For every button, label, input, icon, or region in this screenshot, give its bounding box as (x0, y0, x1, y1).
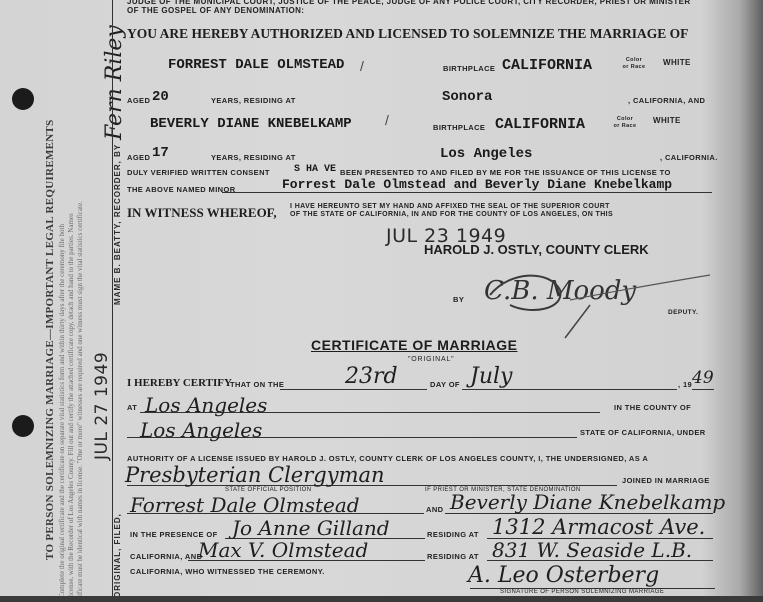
marriage-license-document: TO PERSON SOLEMNIZING MARRIAGE—IMPORTANT… (0, 0, 763, 602)
filed-date-stamp: JUL 27 1949 (92, 352, 112, 460)
month-underline (462, 389, 677, 390)
margin-instruction-1: Complete the original certificate and th… (58, 224, 66, 598)
groom-signed-name: Forrest Dale Olmstead (130, 493, 360, 517)
scan-bottom-edge (0, 596, 763, 602)
margin-instruction-2: license, with the Recorder of Los Angele… (67, 213, 75, 598)
groom-residence-suffix: , CALIFORNIA, AND (628, 96, 705, 105)
bride-color: WHITE (653, 116, 681, 125)
witness2-address: 831 W. Seaside L.B. (492, 538, 692, 562)
bride-residence: Los Angeles (440, 146, 532, 162)
minor-label: THE ABOVE NAMED MINOR (127, 185, 236, 194)
county-label: IN THE COUNTY OF (614, 403, 691, 412)
minor-value: Forrest Dale Olmstead and Beverly Diane … (282, 177, 672, 192)
bride-aged-label: AGED (127, 153, 150, 162)
certificate-subtitle: "ORIGINAL" (408, 356, 454, 363)
residing-label-2: RESIDING AT (427, 552, 479, 561)
groom-age: 20 (152, 89, 169, 105)
minor-underline (222, 192, 712, 193)
margin-divider (112, 0, 113, 596)
bride-name: BEVERLY DIANE KNEBELKAMP (150, 116, 352, 132)
groom-name: FORREST DALE OLMSTEAD (168, 57, 344, 73)
county-clerk: HAROLD J. OSTLY, COUNTY CLERK (424, 242, 649, 257)
joined-label: JOINED IN MARRIAGE (622, 476, 710, 485)
bride-age: 17 (152, 145, 169, 161)
residing-label-1: RESIDING AT (427, 530, 479, 539)
groom-birthplace: CALIFORNIA (502, 57, 592, 74)
day-of-label: DAY OF (430, 380, 460, 389)
deputy-label: DEPUTY. (668, 309, 698, 316)
recorder-label: MAME B. BEATTY, RECORDER, BY (113, 144, 122, 305)
groom-check-mark: / (360, 58, 364, 74)
year-underline (692, 389, 714, 390)
consent-fill: S HA VE (294, 164, 336, 175)
bride-signed-name: Beverly Diane Knebelkamp (450, 490, 725, 514)
witness2-name: Max V. Olmstead (198, 538, 368, 562)
state-label: STATE OF CALIFORNIA, UNDER (580, 428, 706, 437)
groom-color: WHITE (663, 58, 691, 67)
groom-residing-label: YEARS, RESIDING AT (211, 96, 296, 105)
margin-heading: TO PERSON SOLEMNIZING MARRIAGE—IMPORTANT… (44, 119, 56, 560)
witness1-address: 1312 Armacost Ave. (492, 515, 705, 539)
and-label: AND (426, 505, 443, 514)
groom-birthplace-label: BIRTHPLACE (443, 64, 495, 73)
certificate-month: July (470, 364, 512, 389)
bride-color-label: Color or Race (613, 116, 637, 130)
groom-aged-label: AGED (127, 96, 150, 105)
witness-label: IN WITNESS WHEREOF, (127, 205, 277, 221)
punch-hole-bottom (12, 415, 34, 437)
authorization-statement: YOU ARE HEREBY AUTHORIZED AND LICENSED T… (127, 26, 688, 42)
consent-suffix: BEEN PRESENTED TO AND FILED BY ME FOR TH… (340, 168, 671, 177)
bride-residence-suffix: , CALIFORNIA. (660, 153, 718, 162)
officiant-signature: A. Leo Osterberg (468, 563, 659, 588)
year-prefix: , 19 (678, 380, 692, 389)
bride-residing-label: YEARS, RESIDING AT (211, 153, 296, 162)
bride-birthplace: CALIFORNIA (495, 116, 585, 133)
deputy-signature-flourish (480, 270, 720, 340)
bride-birthplace-label: BIRTHPLACE (433, 123, 485, 132)
groom-color-label: Color or Race (622, 57, 646, 71)
day-underline (280, 389, 427, 390)
officiant-position: Presbyterian Clergyman (125, 463, 385, 487)
recorder-signature: Fern Riley (102, 25, 127, 140)
bride-check-mark: / (385, 112, 389, 128)
signature-caption: SIGNATURE OF PERSON SOLEMNIZING MARRIAGE (500, 589, 664, 595)
margin-instruction-3: tificate must be identical with names in… (76, 201, 84, 598)
certificate-place: Los Angeles (145, 393, 267, 417)
witnessed-label: CALIFORNIA, WHO WITNESSED THE CEREMONY. (130, 567, 325, 576)
certificate-year: 49 (692, 368, 714, 388)
certificate-day: 23rd (345, 364, 398, 389)
witness-text-1: I HAVE HEREUNTO SET MY HAND AND AFFIXED … (290, 203, 610, 210)
certificate-title: CERTIFICATE OF MARRIAGE (311, 337, 517, 353)
consent-prefix: DULY VERIFIED WRITTEN CONSENT (127, 168, 270, 177)
certify-label: I HEREBY CERTIFY (127, 377, 232, 389)
authority-text: AUTHORITY OF A LICENSE ISSUED BY HAROLD … (127, 454, 648, 463)
witness1-name: Jo Anne Gilland (232, 516, 390, 540)
license-header-line2: OF THE GOSPEL OF ANY DENOMINATION: (127, 6, 304, 15)
certificate-county: Los Angeles (140, 418, 262, 442)
filed-label: ORIGINAL, FILED, (113, 513, 122, 598)
groom-residence: Sonora (442, 89, 492, 105)
at-label: AT (127, 403, 137, 412)
by-label: BY (453, 295, 464, 304)
punch-hole-top (12, 88, 34, 110)
that-on-label: THAT ON THE (230, 380, 284, 389)
witness-text-2: OF THE STATE OF CALIFORNIA, IN AND FOR T… (290, 211, 613, 218)
